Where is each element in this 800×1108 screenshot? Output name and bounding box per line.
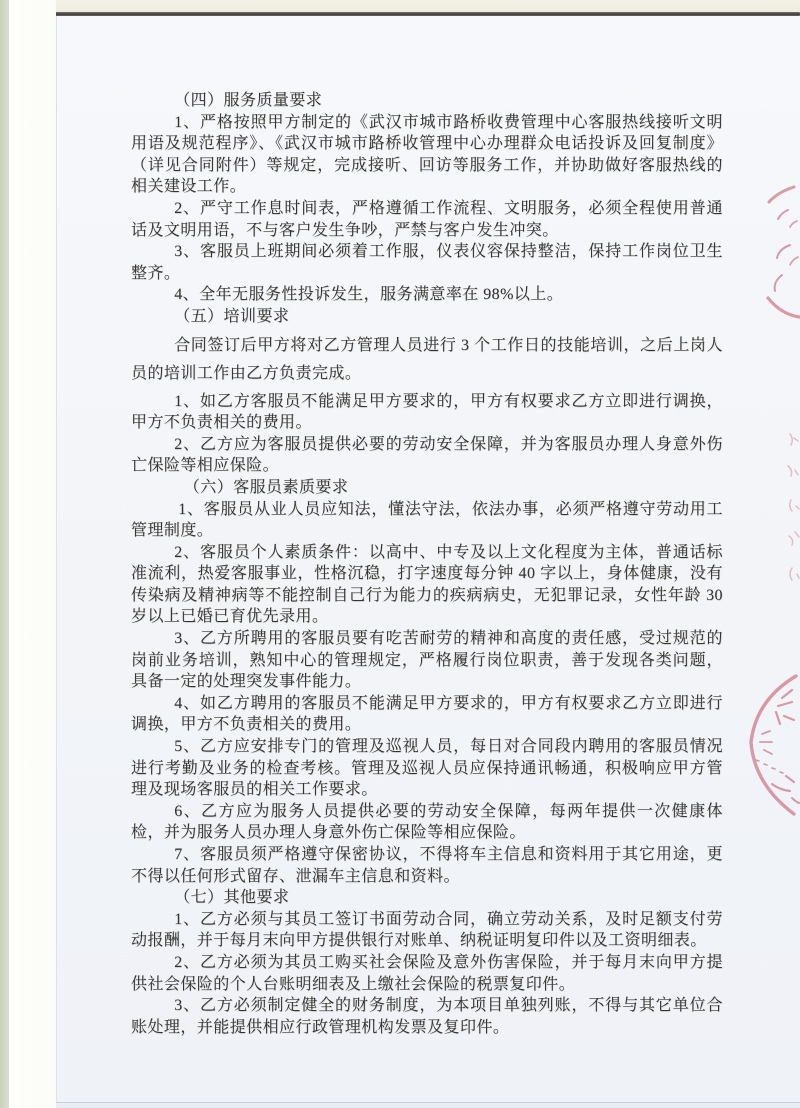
paragraph: 3、乙方所聘用的客服员要有吃苦耐劳的精神和高度的责任感，受过规范的岗前业务培训，… xyxy=(131,628,723,693)
paragraph: 3、乙方必须制定健全的财务制度，为本项目单独列账，不得与其它单位合账处理，并能提… xyxy=(131,995,723,1038)
paragraph: 5、乙方应安排专门的管理及巡视人员，每日对合同段内聘用的客服员情况进行考勤及业务… xyxy=(131,736,723,801)
paragraph: 2、乙方应为客服员提供必要的劳动安全保障，并为客服员办理人身意外伤亡保险等相应保… xyxy=(131,434,723,477)
paragraph: 2、乙方必须为其员工购买社会保险及意外伤害保险，并于每月末向甲方提供社会保险的个… xyxy=(131,952,723,995)
paragraph: 4、全年无服务性投诉发生，服务满意率在 98%以上。 xyxy=(131,284,723,306)
paragraph: 1、客服员从业人员应知法，懂法守法，依法办事，必须严格遵守劳动用工管理制度。 xyxy=(131,499,723,542)
paragraph: 1、乙方必须与其员工签订书面劳动合同，确立劳动关系，及时足额支付劳动报酬，并于每… xyxy=(131,909,723,952)
paragraph: 6、乙方应为服务人员提供必要的劳动安全保障，每两年提供一次健康体检，并为服务人员… xyxy=(131,801,723,844)
section-heading: （五）培训要求 xyxy=(131,306,723,328)
contract-text-block: （四）服务质量要求 1、严格按照甲方制定的《武汉市城市路桥收费管理中心客服热线接… xyxy=(131,90,723,1038)
paragraph: 合同签订后甲方将对乙方管理人员进行 3 个工作日的技能培训，之后上岗人员的培训工… xyxy=(131,332,723,388)
section-heading: （四）服务质量要求 xyxy=(131,90,723,112)
paragraph: 1、严格按照甲方制定的《武汉市城市路桥收费管理中心客服热线接听文明用语及规范程序… xyxy=(131,112,723,198)
page-under-edge xyxy=(9,0,56,1108)
book-spine-edge xyxy=(0,0,9,1108)
section-heading: （六）客服员素质要求 xyxy=(131,477,723,499)
paragraph: 7、客服员须严格遵守保密协议，不得将车主信息和资料用于其它用途，更不得以任何形式… xyxy=(131,844,723,887)
paragraph: 2、严守工作息时间表，严格遵循工作流程、文明服务，必须全程使用普通话及文明用语，… xyxy=(131,198,723,241)
scan-bottom-strip xyxy=(56,1103,800,1108)
paragraph: 2、客服员个人素质条件：以高中、中专及以上文化程度为主体，普通话标准流利，热爱客… xyxy=(131,542,723,628)
scanned-document-page: （四）服务质量要求 1、严格按照甲方制定的《武汉市城市路桥收费管理中心客服热线接… xyxy=(0,0,800,1108)
paragraph: 1、如乙方客服员不能满足甲方要求的，甲方有权要求乙方立即进行调换，甲方不负责相关… xyxy=(131,391,723,434)
paragraph: 4、如乙方聘用的客服员不能满足甲方要求的，甲方有权要求乙方立即进行调换，甲方不负… xyxy=(131,693,723,736)
section-heading: （七）其他要求 xyxy=(131,887,723,909)
paragraph: 3、客服员上班期间必须着工作服，仪表仪容保持整洁，保持工作岗位卫生整齐。 xyxy=(131,241,723,284)
